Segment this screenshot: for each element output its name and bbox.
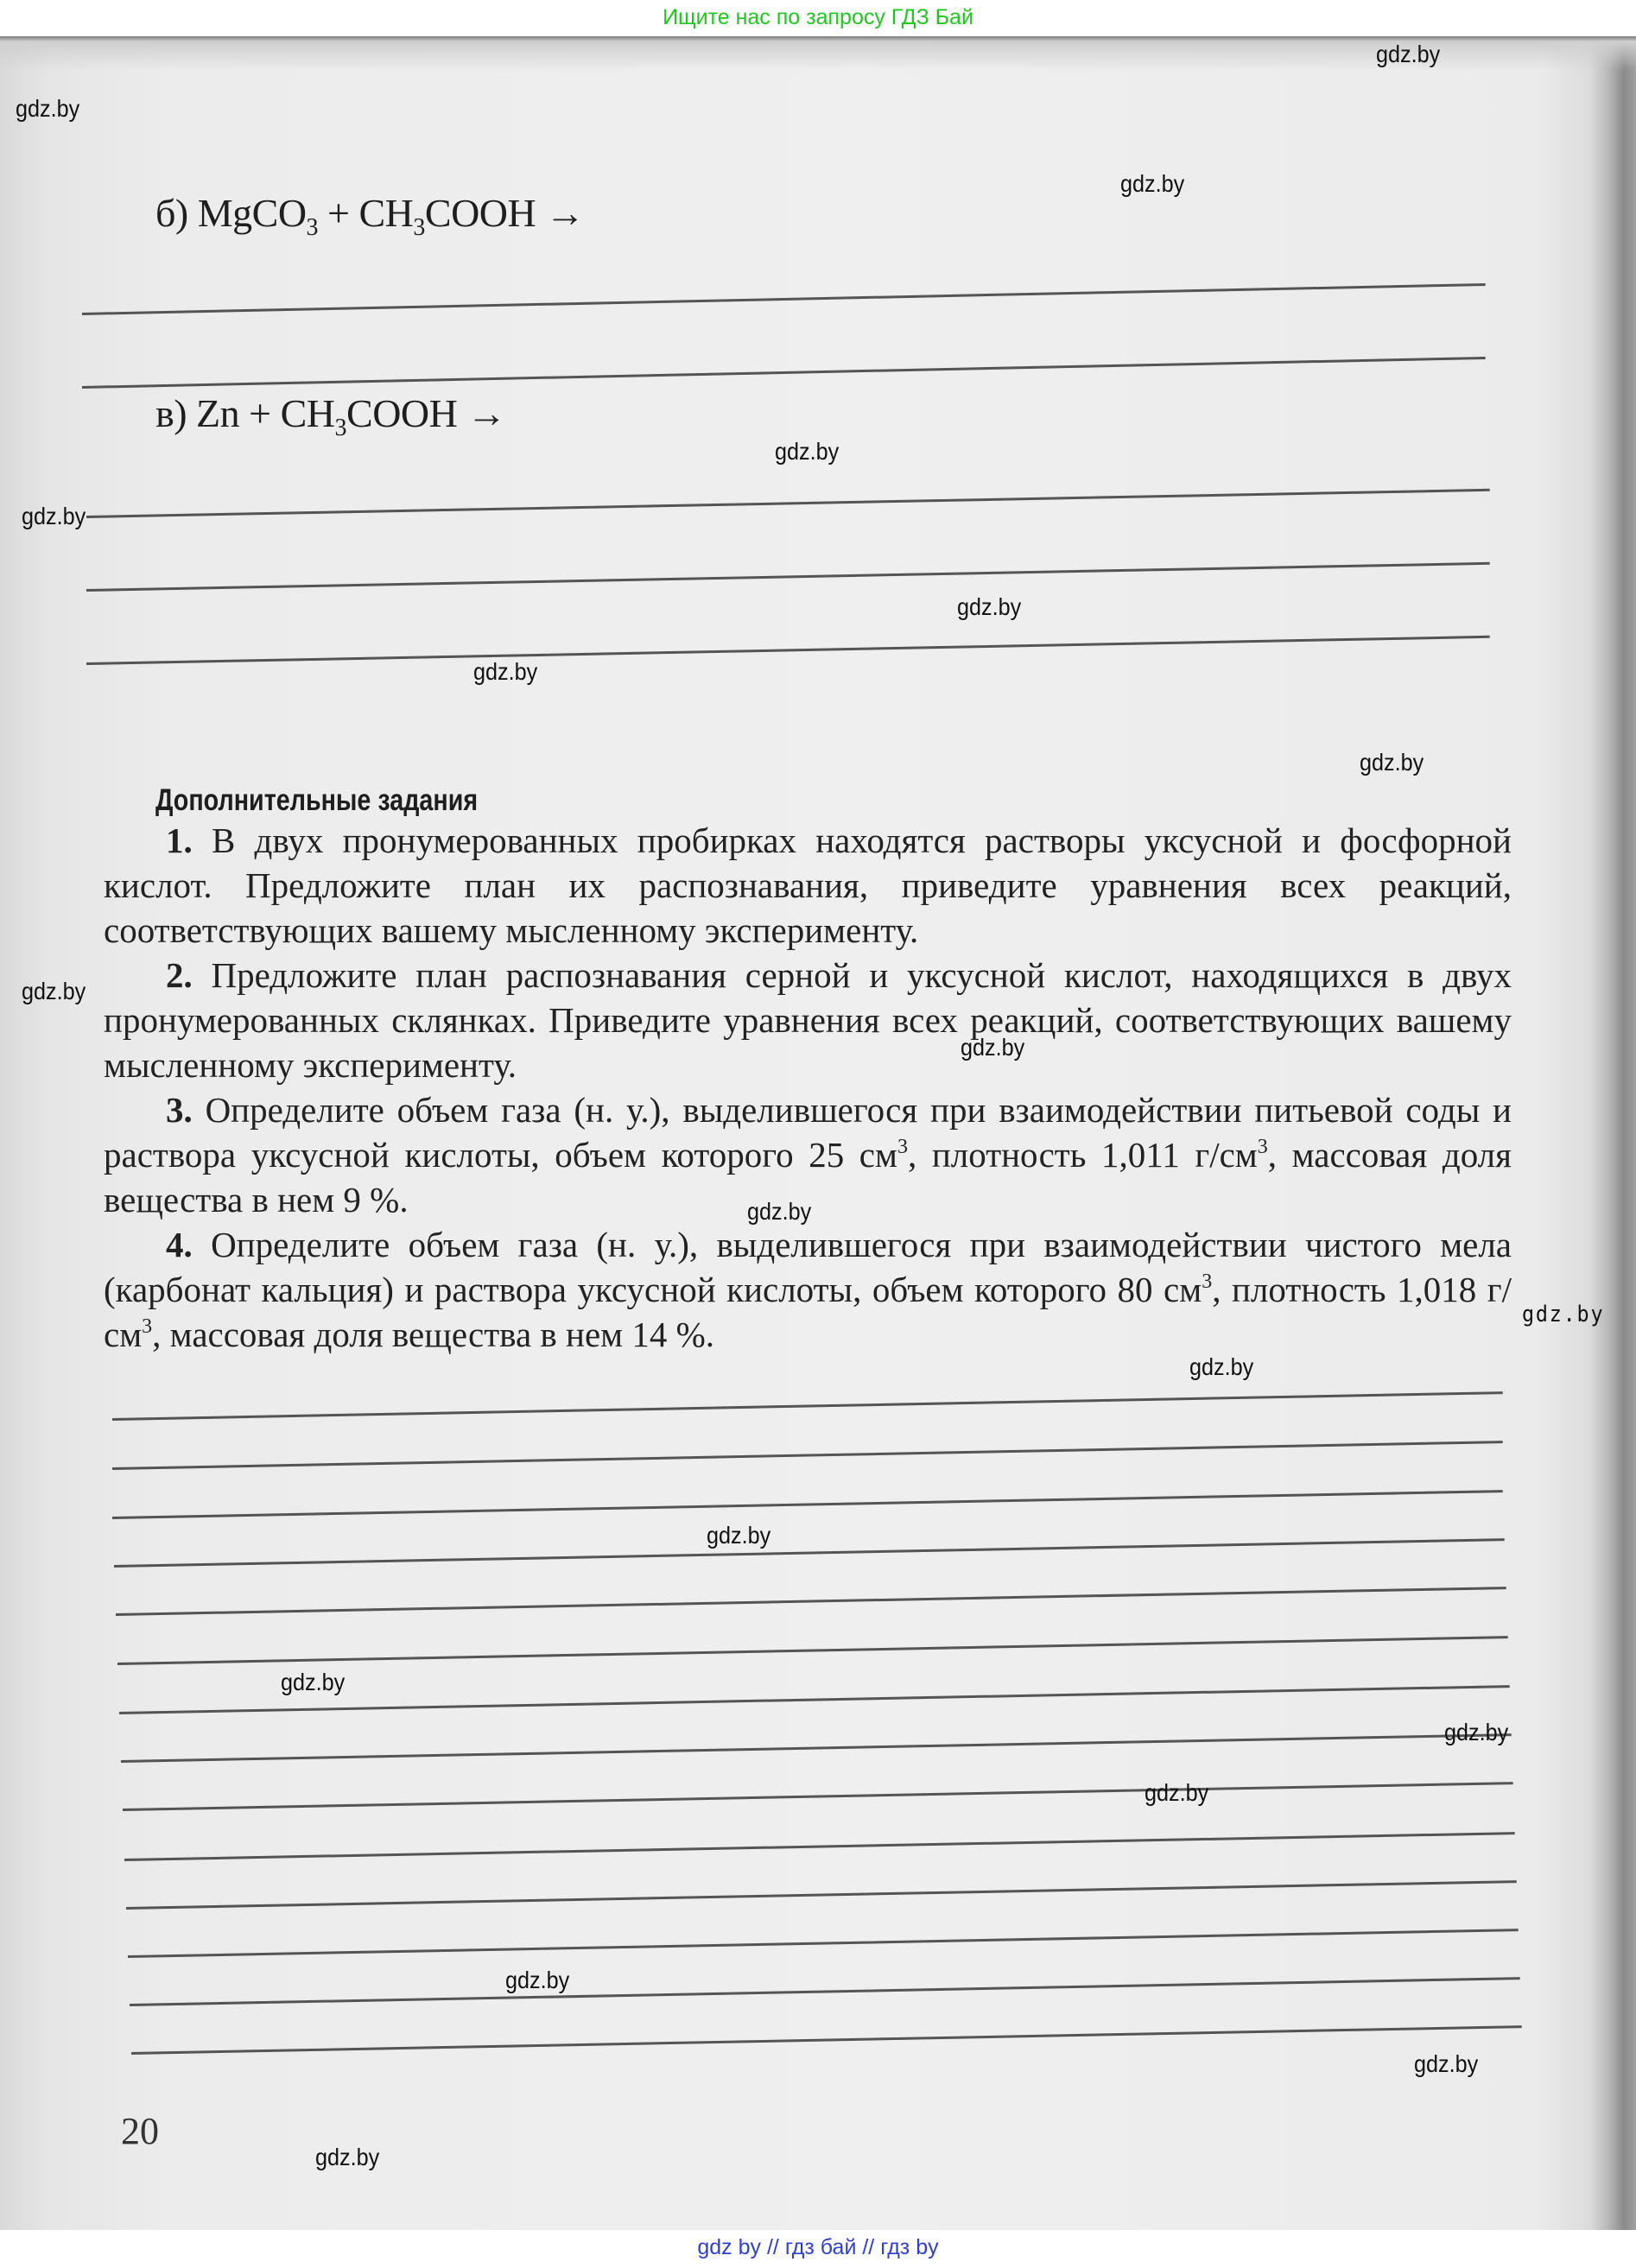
- watermark: gdz.by: [22, 978, 86, 1005]
- bottom-banner[interactable]: gdz by // гдз бай // гдз by: [0, 2230, 1636, 2268]
- task-4: 4. Определите объем газа (н. у.), выдели…: [104, 1222, 1512, 1357]
- answer-line[interactable]: [112, 1490, 1503, 1519]
- answer-line[interactable]: [114, 1538, 1505, 1568]
- arrow-icon: →: [545, 191, 585, 235]
- watermark: gdz.by: [1414, 2050, 1478, 2078]
- watermark: gdz.by: [1120, 170, 1184, 198]
- task-number: 3.: [166, 1090, 193, 1130]
- watermark: gdz.by: [16, 95, 79, 123]
- reaction-label: в): [155, 391, 187, 435]
- watermark: gdz.by: [281, 1669, 345, 1696]
- task-2: 2. Предложите план распознавания серной …: [104, 953, 1512, 1087]
- watermark: gdz.by: [22, 503, 86, 530]
- watermark: gdz.by: [961, 1034, 1024, 1061]
- watermark: gdz.by: [315, 2144, 379, 2171]
- section-heading: Дополнительные задания: [155, 783, 478, 818]
- arrow-icon: →: [466, 391, 506, 435]
- answer-line[interactable]: [123, 1782, 1513, 1811]
- answer-line[interactable]: [112, 1441, 1503, 1470]
- task-number: 2.: [166, 955, 193, 995]
- task-number: 1.: [166, 820, 193, 860]
- answer-line[interactable]: [82, 357, 1486, 389]
- answer-line[interactable]: [86, 562, 1490, 592]
- task-1: 1. В двух пронумерованных пробирках нахо…: [104, 818, 1512, 953]
- reaction-b: б) MgCO3 + CH3COOH →: [155, 190, 585, 236]
- watermark: gdz.by: [473, 658, 537, 686]
- answer-line[interactable]: [131, 2025, 1522, 2055]
- answer-line[interactable]: [121, 1733, 1512, 1763]
- answer-line[interactable]: [130, 1977, 1520, 2006]
- watermark: gdz.by: [1145, 1779, 1208, 1807]
- answer-line[interactable]: [116, 1587, 1506, 1616]
- task-number: 4.: [166, 1225, 193, 1264]
- top-banner[interactable]: Ищите нас по запросу ГДЗ Бай: [0, 0, 1636, 36]
- watermark: gdz.by: [1444, 1719, 1508, 1746]
- answer-line[interactable]: [117, 1636, 1508, 1665]
- answer-line[interactable]: [86, 489, 1490, 518]
- watermark: gdz.by: [957, 593, 1021, 621]
- watermark: gdz.by: [505, 1967, 569, 1994]
- watermark: gdz.by: [747, 1198, 811, 1226]
- answer-line[interactable]: [128, 1929, 1519, 1958]
- watermark: gdz.by: [1189, 1353, 1253, 1381]
- workbook-page: б) MgCO3 + CH3COOH → в) Zn + CH3COOH → Д…: [0, 36, 1636, 2230]
- page-number: 20: [121, 2109, 159, 2153]
- watermark: gdz.by: [1360, 749, 1424, 776]
- watermark: gdz.by: [1376, 41, 1440, 68]
- answer-line[interactable]: [126, 1880, 1517, 1910]
- reaction-label: б): [155, 191, 188, 235]
- answer-line[interactable]: [124, 1832, 1515, 1861]
- watermark: gdz.by: [707, 1522, 770, 1549]
- answer-line[interactable]: [86, 636, 1490, 665]
- answer-line[interactable]: [82, 283, 1486, 315]
- additional-tasks: 1. В двух пронумерованных пробирках нахо…: [104, 818, 1512, 1357]
- watermark: gdz.by: [1522, 1302, 1604, 1327]
- reaction-c: в) Zn + CH3COOH →: [155, 390, 506, 436]
- watermark: gdz.by: [775, 438, 839, 466]
- answer-line[interactable]: [112, 1391, 1503, 1421]
